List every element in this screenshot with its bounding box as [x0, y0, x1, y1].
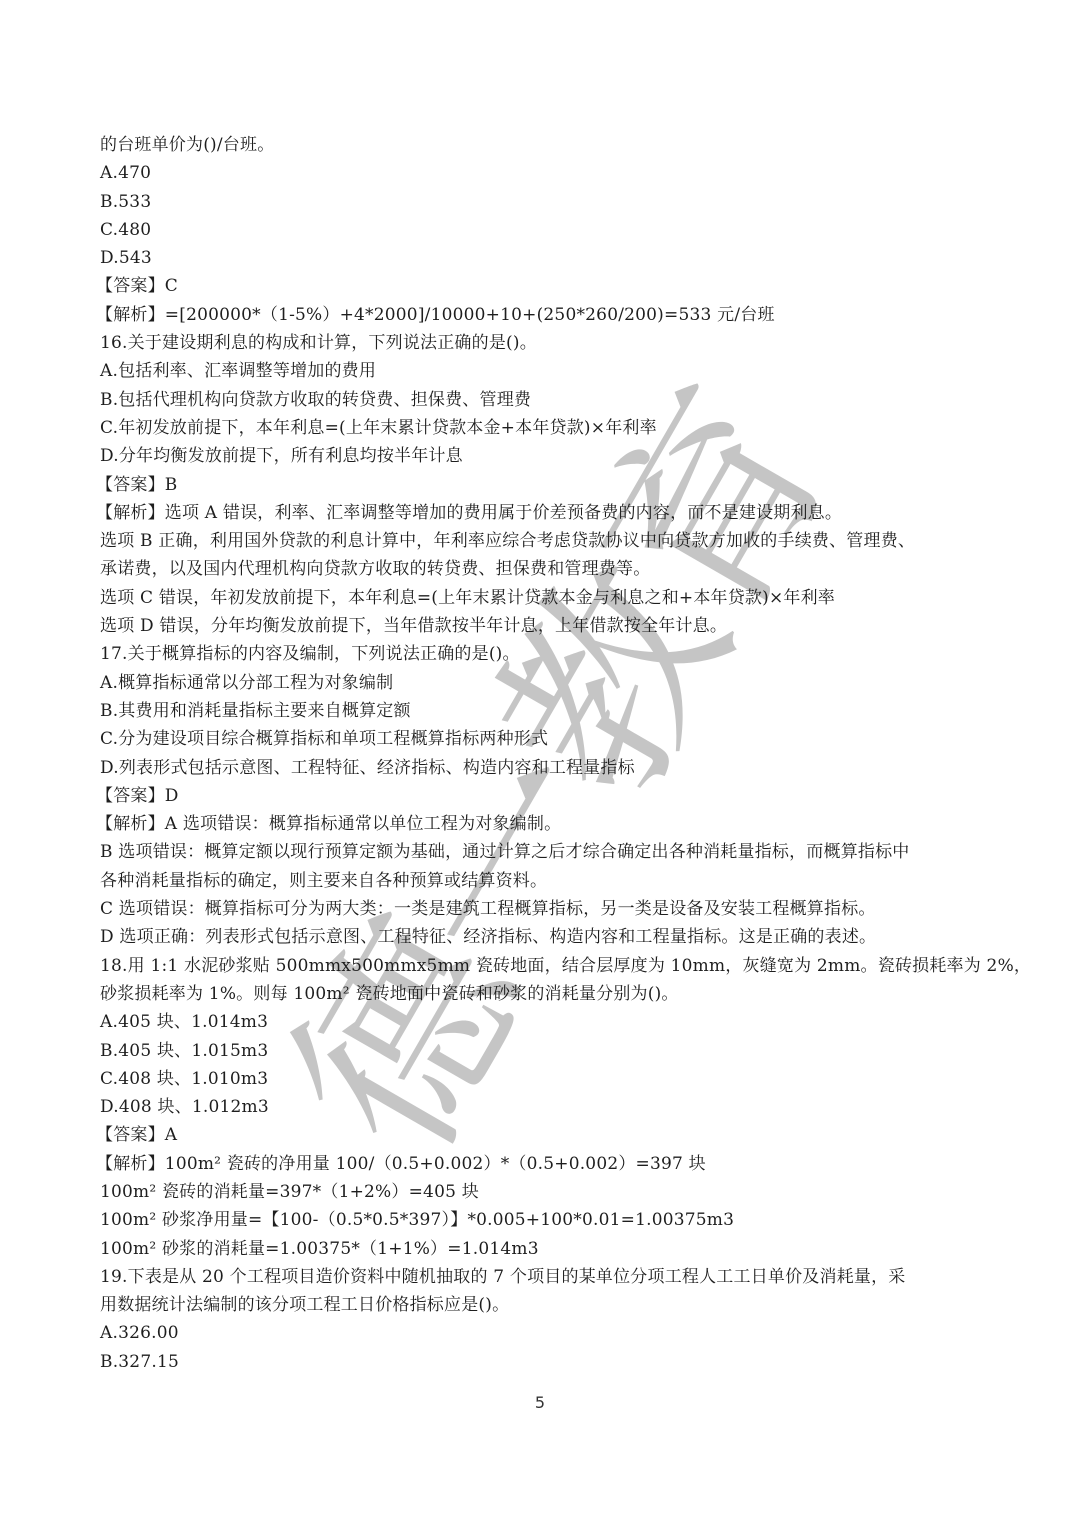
analysis-line: 承诺费，以及国内代理机构向贷款方收取的转贷费、担保费和管理费等。 [100, 555, 980, 583]
answer-line: 【答案】C [96, 272, 980, 300]
question-line: 18.用 1:1 水泥砂浆贴 500mmx500mmx5mm 瓷砖地面，结合层厚… [100, 952, 980, 980]
option-line: D.408 块、1.012m3 [100, 1093, 980, 1121]
option-line: B.其费用和消耗量指标主要来自概算定额 [100, 697, 980, 725]
page-content: 的台班单价为()/台班。 A.470 B.533 C.480 D.543 【答案… [100, 131, 980, 1376]
question-line: 16.关于建设期利息的构成和计算，下列说法正确的是()。 [100, 329, 980, 357]
page-number: 5 [0, 1393, 1080, 1412]
option-line: D.列表形式包括示意图、工程特征、经济指标、构造内容和工程量指标 [100, 754, 980, 782]
option-line: B.327.15 [100, 1348, 980, 1376]
analysis-line: 选项 D 错误，分年均衡发放前提下，当年借款按半年计息，上年借款按全年计息。 [100, 612, 980, 640]
analysis-line: 100m² 砂浆净用量=【100-（0.5*0.5*397）】*0.005+10… [100, 1206, 980, 1234]
question-line: 砂浆损耗率为 1%。则每 100m² 瓷砖地面中瓷砖和砂浆的消耗量分别为()。 [100, 980, 980, 1008]
answer-line: 【答案】A [96, 1121, 980, 1149]
analysis-line: 选项 C 错误，年初发放前提下，本年利息=(上年末累计贷款本金与利息之和+本年贷… [100, 584, 980, 612]
question-line: 用数据统计法编制的该分项工程工日价格指标应是()。 [100, 1291, 980, 1319]
option-line: A.概算指标通常以分部工程为对象编制 [100, 669, 980, 697]
analysis-line: 100m² 瓷砖的消耗量=397*（1+2%）=405 块 [100, 1178, 980, 1206]
option-line: B.405 块、1.015m3 [100, 1037, 980, 1065]
option-line: A.405 块、1.014m3 [100, 1008, 980, 1036]
analysis-line: C 选项错误：概算指标可分为两大类：一类是建筑工程概算指标，另一类是设备及安装工… [100, 895, 980, 923]
option-line: C.年初发放前提下，本年利息=(上年末累计贷款本金+本年贷款)×年利率 [100, 414, 980, 442]
analysis-line: 各种消耗量指标的确定，则主要来自各种预算或结算资料。 [100, 867, 980, 895]
analysis-line: D 选项正确：列表形式包括示意图、工程特征、经济指标、构造内容和工程量指标。这是… [100, 923, 980, 951]
option-line: B.533 [100, 188, 980, 216]
question-line: 17.关于概算指标的内容及编制，下列说法正确的是()。 [100, 640, 980, 668]
option-line: C.480 [100, 216, 980, 244]
analysis-line: 【解析】A 选项错误：概算指标通常以单位工程为对象编制。 [96, 810, 980, 838]
question-line: 19.下表是从 20 个工程项目造价资料中随机抽取的 7 个项目的某单位分项工程… [100, 1263, 980, 1291]
option-line: A.326.00 [100, 1319, 980, 1347]
option-line: D.分年均衡发放前提下，所有利息均按半年计息 [100, 442, 980, 470]
analysis-line: 【解析】选项 A 错误，利率、汇率调整等增加的费用属于价差预备费的内容，而不是建… [96, 499, 980, 527]
option-line: D.543 [100, 244, 980, 272]
option-line: C.分为建设项目综合概算指标和单项工程概算指标两种形式 [100, 725, 980, 753]
answer-line: 【答案】B [96, 471, 980, 499]
analysis-line: B 选项错误：概算定额以现行预算定额为基础，通过计算之后才综合确定出各种消耗量指… [100, 838, 980, 866]
option-line: A.470 [100, 159, 980, 187]
analysis-line: 【解析】100m² 瓷砖的净用量 100/（0.5+0.002）*（0.5+0.… [96, 1150, 980, 1178]
analysis-line: 100m² 砂浆的消耗量=1.00375*（1+1%）=1.014m3 [100, 1235, 980, 1263]
question-line: 的台班单价为()/台班。 [100, 131, 980, 159]
option-line: B.包括代理机构向贷款方收取的转贷费、担保费、管理费 [100, 386, 980, 414]
option-line: C.408 块、1.010m3 [100, 1065, 980, 1093]
analysis-line: 【解析】=[200000*（1-5%）+4*2000]/10000+10+(25… [96, 301, 980, 329]
analysis-line: 选项 B 正确，利用国外贷款的利息计算中，年利率应综合考虑贷款协议中向贷款方加收… [100, 527, 980, 555]
document-page: 德一教育 的台班单价为()/台班。 A.470 B.533 C.480 D.54… [0, 0, 1080, 1527]
answer-line: 【答案】D [96, 782, 980, 810]
option-line: A.包括利率、汇率调整等增加的费用 [100, 357, 980, 385]
